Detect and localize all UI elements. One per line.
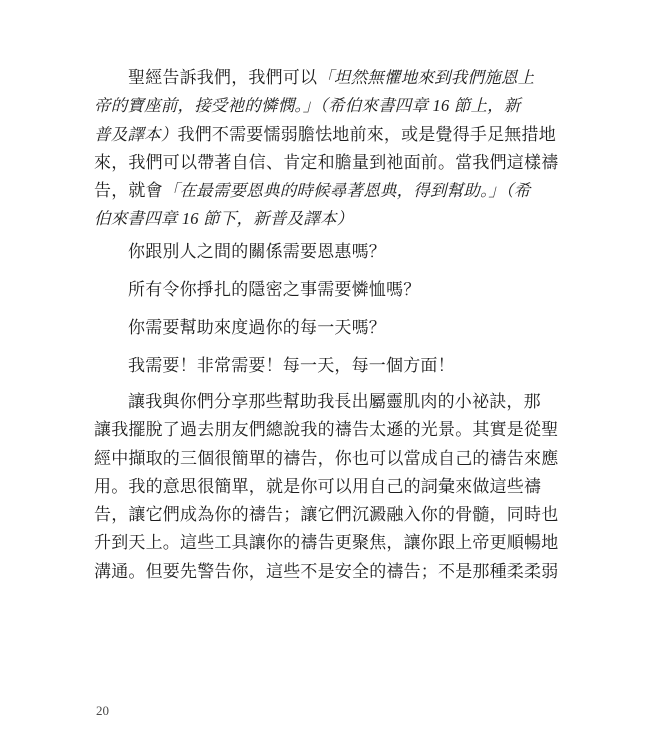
question-line: 你跟別人之間的關係需要恩惠嗎？ [94, 233, 564, 271]
text-line: 伯來書四章 16 節下，新普及譯本） [94, 205, 564, 233]
paragraph-sharing-secrets: 讓我與你們分享那些幫助我長出屬靈肌肉的小祕訣，那讓我擺脫了過去朋友們總說我的禱告… [94, 388, 564, 586]
body-text: 讓我與你們分享那些幫助我長出屬靈肌肉的小祕訣，那 [128, 392, 541, 411]
question-line: 所有令你掙扎的隱密之事需要憐恤嗎？ [94, 271, 564, 309]
book-page: 聖經告訴我們，我們可以「坦然無懼地來到我們施恩上帝的寶座前，接受祂的憐憫。」（希… [0, 0, 650, 750]
body-text: 升到天上。這些工具讓你的禱告更聚焦，讓你跟上帝更順暢地 [94, 533, 558, 552]
scripture-quote-text: 帝的寶座前，接受祂的憐憫。」（希伯來書四章 16 節上，新 [94, 96, 521, 115]
body-text: 聖經告訴我們，我們可以 [128, 68, 317, 87]
text-line: 告，就會「在最需要恩典的時候尋著恩典，得到幫助。」（希 [94, 177, 564, 205]
text-line: 來，我們可以帶著自信、肯定和膽量到祂面前。當我們這樣禱 [94, 149, 564, 177]
text-line: 聖經告訴我們，我們可以「坦然無懼地來到我們施恩上 [94, 64, 564, 92]
body-text: 讓我擺脫了過去朋友們總說我的禱告太遜的光景。其實是從聖 [94, 420, 558, 439]
scripture-quote-text: 伯來書四章 16 節下，新普及譯本） [94, 209, 353, 228]
text-line: 讓我擺脫了過去朋友們總說我的禱告太遜的光景。其實是從聖 [94, 416, 564, 444]
text-line: 讓我與你們分享那些幫助我長出屬靈肌肉的小祕訣，那 [94, 388, 564, 416]
body-text: 來，我們可以帶著自信、肯定和膽量到祂面前。當我們這樣禱 [94, 153, 558, 172]
text-line: 告，讓它們成為你的禱告；讓它們沉澱融入你的骨髓，同時也 [94, 501, 564, 529]
body-text: 告，就會 [94, 181, 163, 200]
question-line: 我需要！非常需要！每一天，每一個方面！ [94, 347, 564, 385]
body-text: 我們不需要懦弱膽怯地前來，或是覺得手足無措地 [178, 125, 556, 144]
question-line: 你需要幫助來度過你的每一天嗎？ [94, 309, 564, 347]
body-text: 溝通。但要先警告你，這些不是安全的禱告；不是那種柔柔弱 [94, 562, 558, 581]
paragraph-scripture-intro: 聖經告訴我們，我們可以「坦然無懼地來到我們施恩上帝的寶座前，接受祂的憐憫。」（希… [94, 64, 564, 234]
page-number: 20 [96, 703, 109, 719]
body-text: 用。我的意思很簡單，就是你可以用自己的詞彙來做這些禱 [94, 477, 541, 496]
text-line: 普及譯本）我們不需要懦弱膽怯地前來，或是覺得手足無措地 [94, 121, 564, 149]
text-line: 升到天上。這些工具讓你的禱告更聚焦，讓你跟上帝更順暢地 [94, 529, 564, 557]
scripture-quote-text: 普及譯本） [94, 125, 178, 144]
body-text: 告，讓它們成為你的禱告；讓它們沉澱融入你的骨髓，同時也 [94, 505, 558, 524]
body-text: 經中擷取的三個很簡單的禱告，你也可以當成自己的禱告來應 [94, 449, 558, 468]
text-line: 帝的寶座前，接受祂的憐憫。」（希伯來書四章 16 節上，新 [94, 92, 564, 120]
question-list: 你跟別人之間的關係需要恩惠嗎？所有令你掙扎的隱密之事需要憐恤嗎？你需要幫助來度過… [94, 233, 564, 385]
text-line: 溝通。但要先警告你，這些不是安全的禱告；不是那種柔柔弱 [94, 558, 564, 586]
scripture-quote-text: 「在最需要恩典的時候尋著恩典，得到幫助。」（希 [163, 181, 531, 200]
text-line: 經中擷取的三個很簡單的禱告，你也可以當成自己的禱告來應 [94, 445, 564, 473]
scripture-quote-text: 「坦然無懼地來到我們施恩上 [317, 68, 534, 87]
text-line: 用。我的意思很簡單，就是你可以用自己的詞彙來做這些禱 [94, 473, 564, 501]
